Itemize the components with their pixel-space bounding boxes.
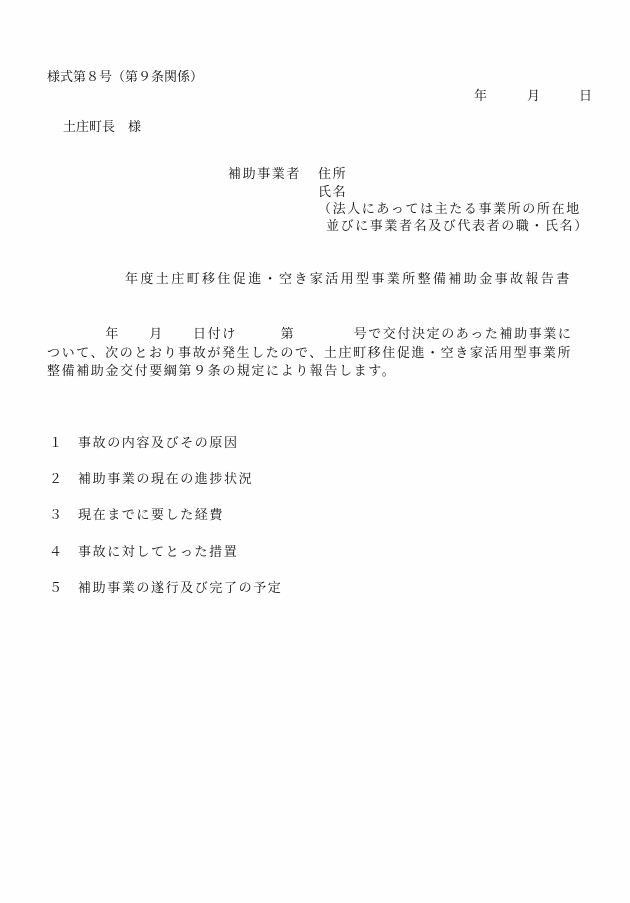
address-label: 住所	[318, 166, 347, 183]
item-text: 事故の内容及びその原因	[78, 435, 239, 452]
date-month-label: 月	[527, 88, 540, 105]
item-text: 補助事業の遂行及び完了の予定	[78, 580, 282, 597]
applicant-note-line1: （法人にあっては主たる事業所の所在地	[318, 201, 581, 218]
item-number: ２	[49, 471, 62, 488]
item-text: 補助事業の現在の進捗状況	[78, 471, 253, 488]
item-number: ３	[49, 507, 62, 524]
date-year-label: 年	[474, 88, 487, 105]
item-number: ５	[49, 580, 62, 597]
date-day-label: 日	[579, 88, 592, 105]
item-number: ４	[49, 544, 62, 561]
applicant-note-line2: 並びに事業者名及び代表者の職・氏名）	[326, 218, 589, 235]
addressee: 土庄町長 様	[63, 119, 141, 136]
body-line-2: ついて、次のとおり事故が発生したので、土庄町移住促進・空き家活用型事業所	[47, 345, 572, 362]
item-number: １	[49, 435, 62, 452]
applicant-label: 補助事業者	[228, 166, 301, 183]
body-line-1: 年 月 日付け 第 号で交付決定のあった補助事業に	[47, 326, 572, 343]
body-line-3: 整備補助金交付要綱第９条の規定により報告します。	[47, 363, 396, 380]
item-text: 現在までに要した経費	[78, 507, 224, 524]
form-number: 様式第８号（第９条関係）	[47, 69, 203, 86]
name-label: 氏名	[318, 184, 347, 201]
document-title: 年度土庄町移住促進・空き家活用型事業所整備補助金事故報告書	[125, 271, 572, 288]
item-text: 事故に対してとった措置	[78, 544, 238, 561]
